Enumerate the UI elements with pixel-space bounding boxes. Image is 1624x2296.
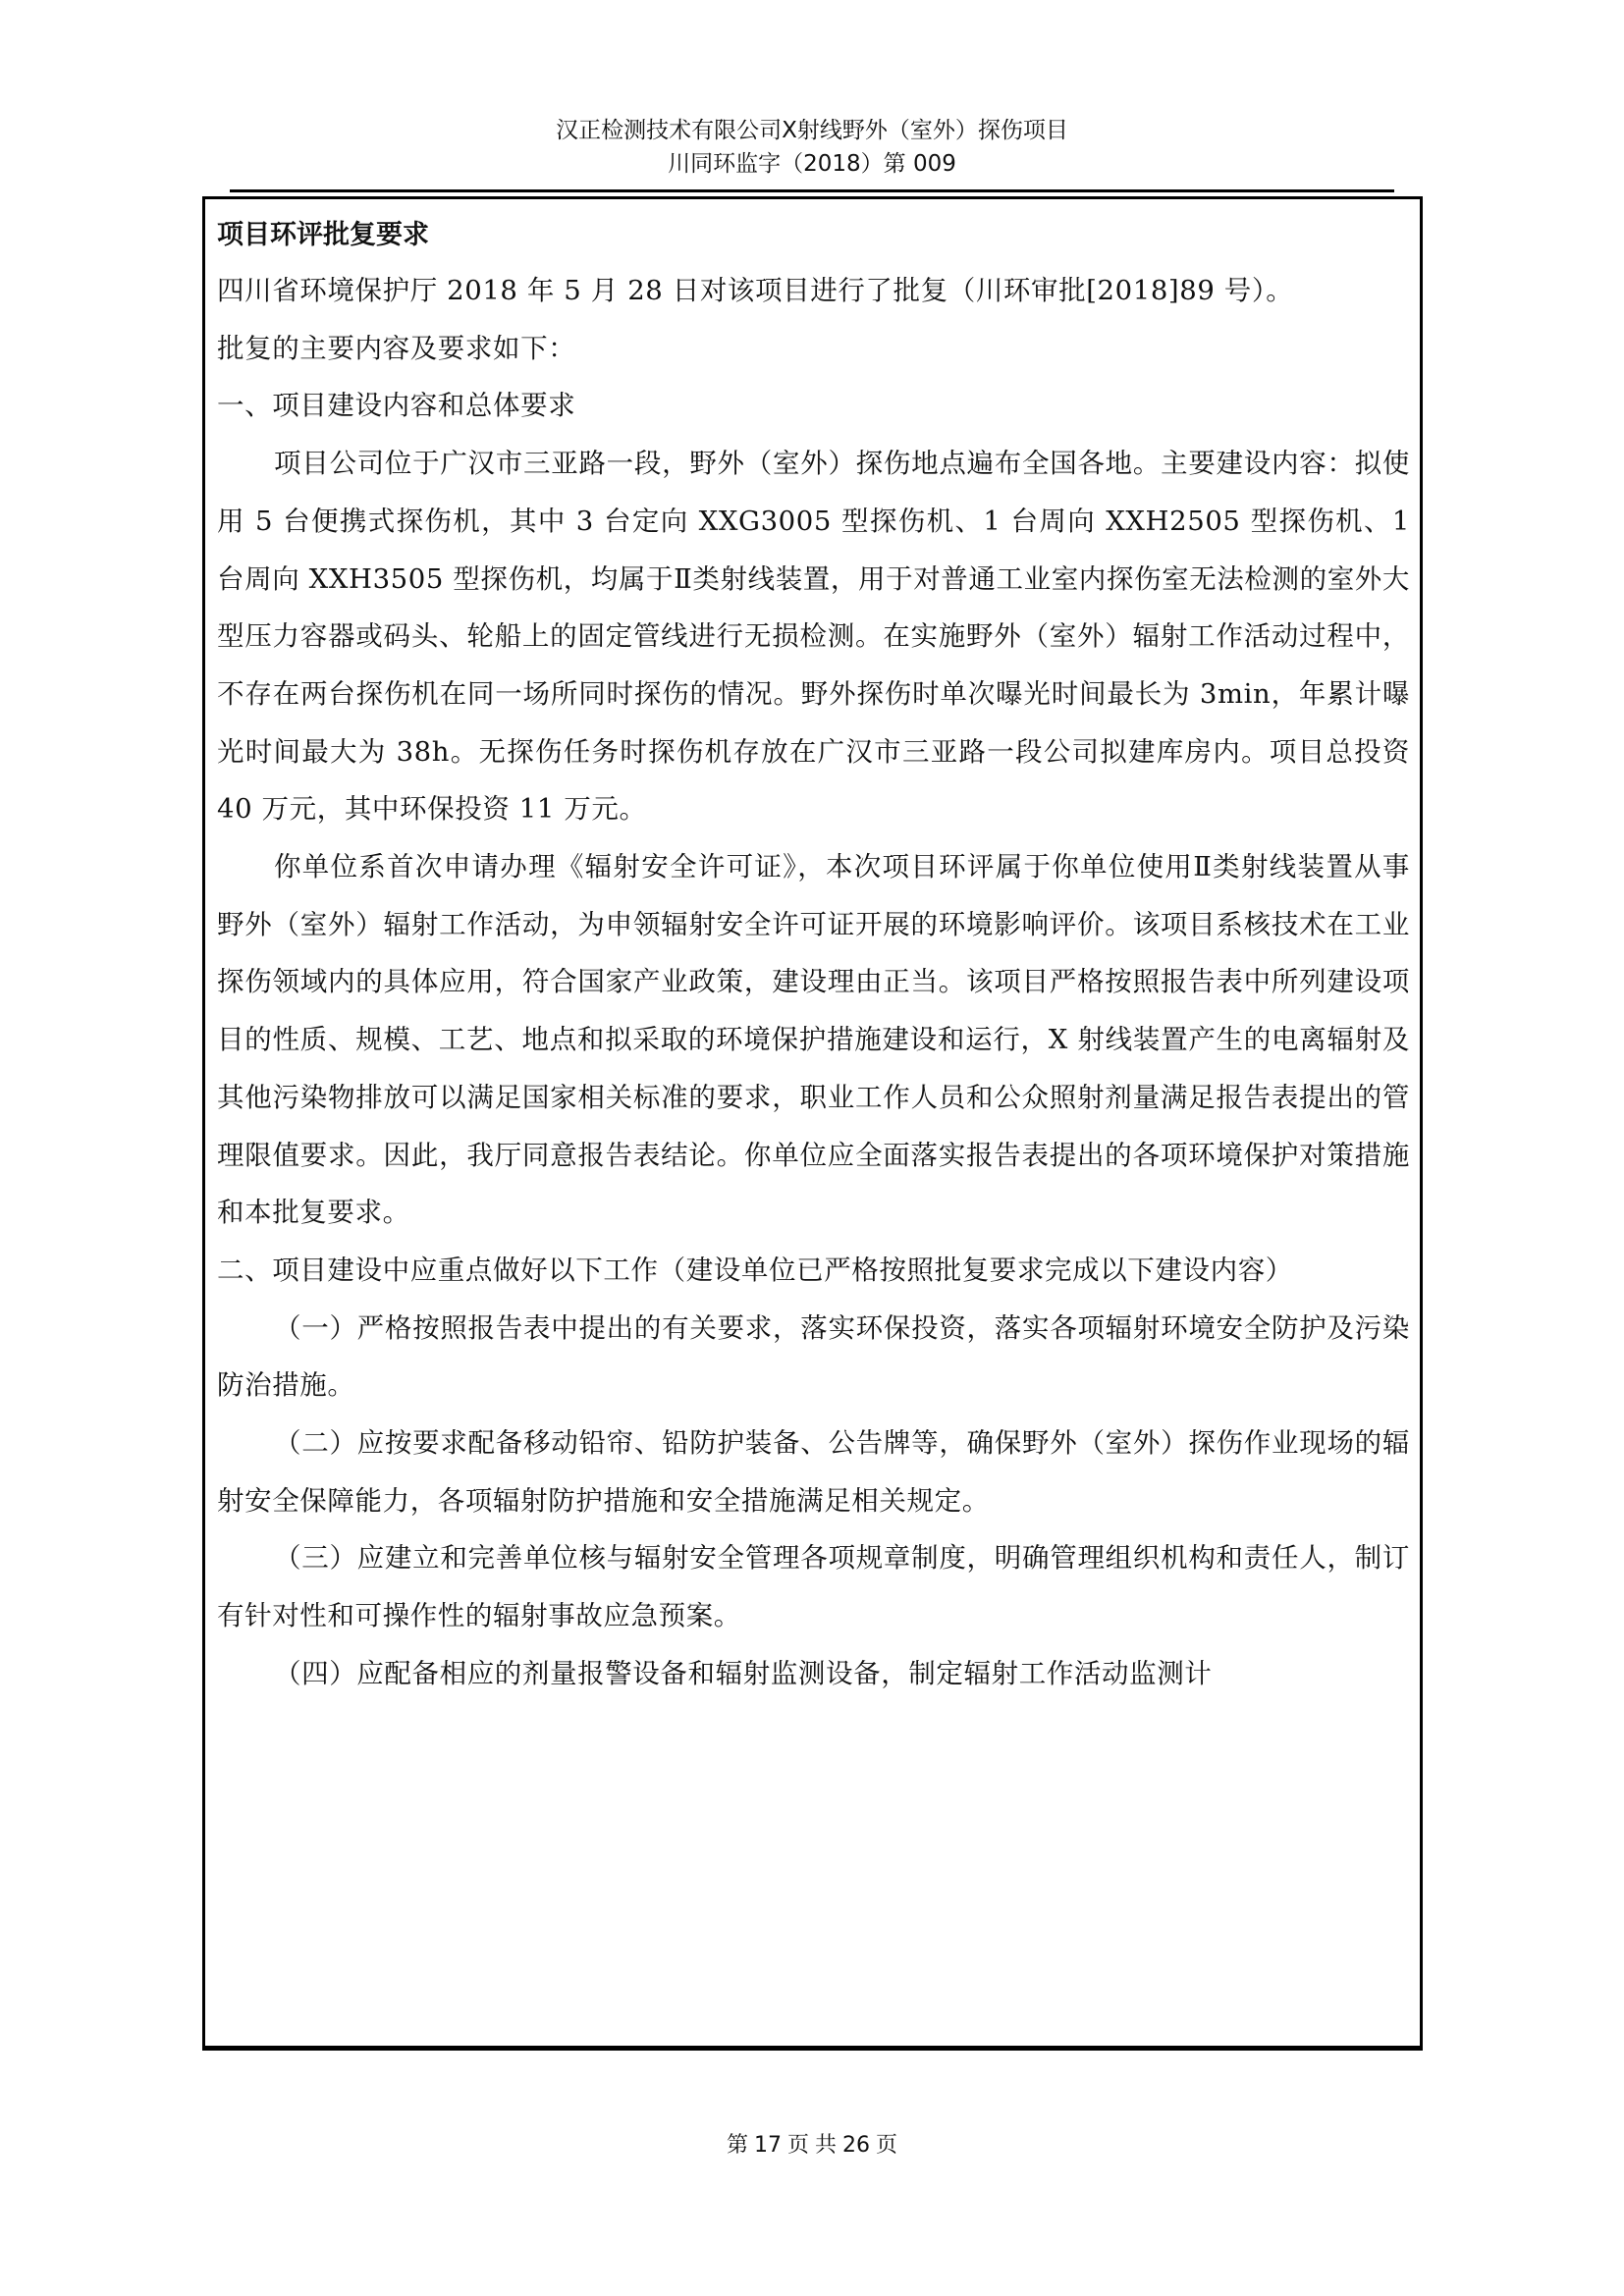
header-divider bbox=[230, 189, 1394, 192]
page-number-footer: 第17页共26页 bbox=[0, 2128, 1624, 2159]
paragraph-license-evaluation: 你单位系首次申请办理《辐射安全许可证》，本次项目环评属于你单位使用Ⅱ类射线装置从… bbox=[217, 838, 1410, 1242]
document-title: 汉正检测技术有限公司X射线野外（室外）探伤项目 bbox=[230, 116, 1394, 145]
footer-total-label: 共 bbox=[815, 2133, 837, 2158]
heading-part-one: 一、项目建设内容和总体要求 bbox=[217, 377, 1410, 435]
footer-page-word: 页 bbox=[787, 2133, 809, 2158]
content-table-cell: 项目环评批复要求 四川省环境保护厅 2018 年 5 月 28 日对该项目进行了… bbox=[202, 196, 1423, 2051]
document-number: 川同环监字（2018）第 009 bbox=[230, 149, 1394, 179]
requirement-item-3: （三）应建立和完善单位核与辐射安全管理各项规章制度，明确管理组织机构和责任人，制… bbox=[217, 1529, 1410, 1644]
requirement-item-1: （一）严格按照报告表中提出的有关要求，落实环保投资，落实各项辐射环境安全防护及污… bbox=[217, 1300, 1410, 1415]
requirement-item-2: （二）应按要求配备移动铅帘、铅防护装备、公告牌等，确保野外（室外）探伤作业现场的… bbox=[217, 1415, 1410, 1529]
paragraph-project-content: 项目公司位于广汉市三亚路一段，野外（室外）探伤地点遍布全国各地。主要建设内容：拟… bbox=[217, 435, 1410, 838]
footer-suffix: 页 bbox=[876, 2133, 897, 2158]
heading-part-two: 二、项目建设中应重点做好以下工作（建设单位已严格按照批复要求完成以下建设内容） bbox=[217, 1242, 1410, 1300]
total-pages-number: 26 bbox=[842, 2133, 870, 2158]
paragraph-approval-intro: 四川省环境保护厅 2018 年 5 月 28 日对该项目进行了批复（川环审批[2… bbox=[217, 262, 1410, 320]
footer-prefix: 第 bbox=[727, 2133, 748, 2158]
paragraph-approval-lead: 批复的主要内容及要求如下： bbox=[217, 320, 1410, 378]
requirement-item-4: （四）应配备相应的剂量报警设备和辐射监测设备，制定辐射工作活动监测计 bbox=[217, 1645, 1410, 1703]
page-header: 汉正检测技术有限公司X射线野外（室外）探伤项目 川同环监字（2018）第 009 bbox=[230, 116, 1394, 179]
section-title: 项目环评批复要求 bbox=[217, 207, 1410, 262]
content-inner: 项目环评批复要求 四川省环境保护厅 2018 年 5 月 28 日对该项目进行了… bbox=[205, 199, 1420, 1703]
current-page-number: 17 bbox=[754, 2133, 782, 2158]
